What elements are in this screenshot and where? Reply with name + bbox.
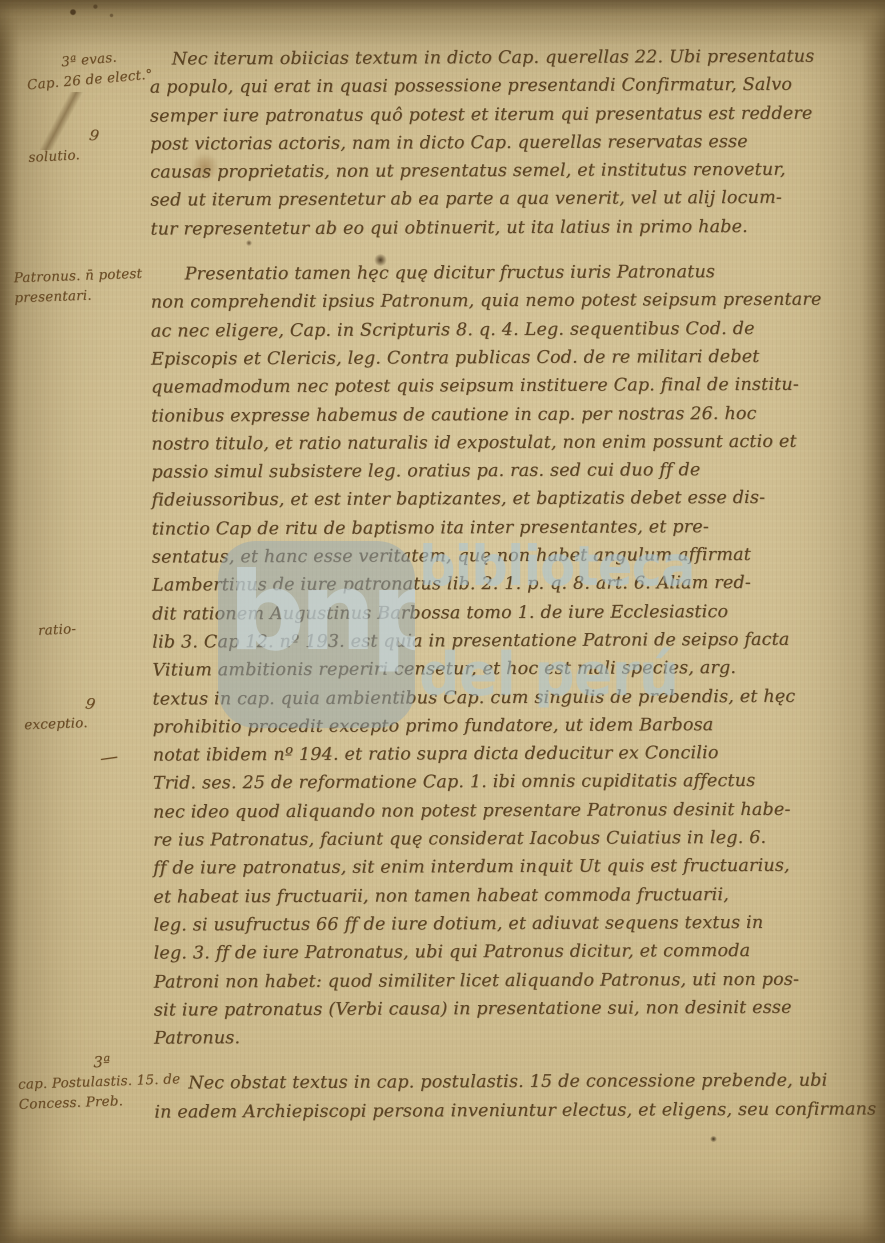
margin-note-evasio: 3ª evas.Cap. 26 de elect.° bbox=[24, 45, 153, 96]
text-line: Vitium ambitionis reperiri censetur, et … bbox=[152, 654, 874, 685]
text-line: sed ut iterum presentetur ab ea parte a … bbox=[150, 184, 872, 215]
text-line: sentatus, et hanc esse veritatem, quę no… bbox=[152, 540, 874, 571]
text-line: textus in cap. quia ambientibus Cap. cum… bbox=[152, 682, 874, 713]
text-line: Nec obstat textus in cap. postulastis. 1… bbox=[154, 1067, 876, 1098]
text-line: Presentatio tamen hęc quę dicitur fructu… bbox=[151, 258, 873, 289]
text-line: leg. 3. ff de iure Patronatus, ubi qui P… bbox=[154, 937, 876, 968]
text-line: prohibitio procedit excepto primo fundat… bbox=[153, 710, 875, 741]
flourish-mark: 9 bbox=[89, 130, 100, 141]
manuscript-body: Nec iterum obiicias textum in dicto Cap.… bbox=[150, 42, 877, 1126]
text-line: Lambertinus de iure patronatus lib. 2. 1… bbox=[152, 569, 874, 600]
text-line: solutio. bbox=[28, 144, 101, 168]
text-line: tur representetur ab eo qui obtinuerit, … bbox=[150, 212, 872, 243]
margin-note-solutio: 9 solutio. bbox=[27, 130, 100, 168]
text-line: a populo, qui erat in quasi possessione … bbox=[150, 71, 872, 102]
margin-note-ratio: ratio- bbox=[38, 619, 77, 641]
flourish-mark: 9 bbox=[85, 698, 96, 710]
text-line: nostro titulo, et ratio naturalis id exp… bbox=[151, 427, 873, 458]
paragraph-1: Nec iterum obiicias textum in dicto Cap.… bbox=[150, 42, 873, 243]
text-line: et habeat ius fructuarii, non tamen habe… bbox=[153, 880, 875, 911]
margin-note-exceptio: 9 exceptio. bbox=[23, 699, 96, 735]
text-line: tinctio Cap de ritu de baptismo ita inte… bbox=[152, 512, 874, 543]
text-line: sit iure patronatus (Verbi causa) in pre… bbox=[154, 993, 876, 1024]
text-line: nec ideo quod aliquando non potest prese… bbox=[153, 795, 875, 826]
text-line: Nec iterum obiicias textum in dicto Cap.… bbox=[150, 42, 872, 73]
text-line: passio simul subsistere leg. oratius pa.… bbox=[151, 456, 873, 487]
margin-note-text: exceptio. bbox=[24, 713, 96, 735]
text-line: Trid. ses. 25 de reformatione Cap. 1. ib… bbox=[153, 767, 875, 798]
paragraph-2: Presentatio tamen hęc quę dicitur fructu… bbox=[151, 258, 876, 1053]
manuscript-page: 3ª evas.Cap. 26 de elect.° 9 solutio. Pa… bbox=[0, 0, 885, 1243]
text-line: — bbox=[99, 747, 120, 769]
text-line: ac nec eligere, Cap. in Scripturis 8. q.… bbox=[151, 314, 873, 345]
ink-specks-stain bbox=[52, 0, 122, 22]
text-line: causas proprietatis, non ut presentatus … bbox=[150, 156, 872, 187]
text-line: tionibus expresse habemus de cautione in… bbox=[151, 399, 873, 430]
margin-dash: — bbox=[99, 747, 120, 769]
text-line: presentari. bbox=[14, 284, 143, 308]
margin-note-text: solutio. bbox=[28, 144, 101, 168]
text-line: semper iure patronatus quô potest et ite… bbox=[150, 99, 872, 130]
text-line: in eadem Archiepiscopi persona inveniunt… bbox=[154, 1095, 876, 1126]
text-line: ff de iure patronatus, sit enim interdum… bbox=[153, 852, 875, 883]
text-line: non comprehendit ipsius Patronum, quia n… bbox=[151, 286, 873, 317]
text-line: Episcopis et Clericis, leg. Contra publi… bbox=[151, 342, 873, 373]
text-line: fideiussoribus, et est inter baptizantes… bbox=[152, 484, 874, 515]
text-line: Patroni non habet: quod similiter licet … bbox=[154, 965, 876, 996]
margin-note-patronus: Patronus. n̄ potestpresentari. bbox=[13, 264, 143, 308]
text-line: quemadmodum nec potest quis seipsum inst… bbox=[151, 371, 873, 402]
small-speck bbox=[710, 1136, 717, 1142]
paragraph-3: Nec obstat textus in cap. postulastis. 1… bbox=[154, 1067, 876, 1127]
text-line: leg. si usufructus 66 ff de iure dotium,… bbox=[153, 908, 875, 939]
text-line: dit rationem Augustinus Barbossa tomo 1.… bbox=[152, 597, 874, 628]
text-line: re ius Patronatus, faciunt quę considera… bbox=[153, 823, 875, 854]
text-line: exceptio. bbox=[24, 713, 96, 735]
text-line: lib 3. Cap 12. nº 193. est quia in prese… bbox=[152, 625, 874, 656]
text-line: post victorias actoris, nam in dicto Cap… bbox=[150, 127, 872, 158]
text-line: Patronus. bbox=[154, 1022, 876, 1053]
text-line: ratio- bbox=[38, 619, 77, 641]
text-line: notat ibidem nº 194. et ratio supra dict… bbox=[153, 739, 875, 770]
text-line: Cap. 26 de elect.° bbox=[26, 65, 153, 96]
